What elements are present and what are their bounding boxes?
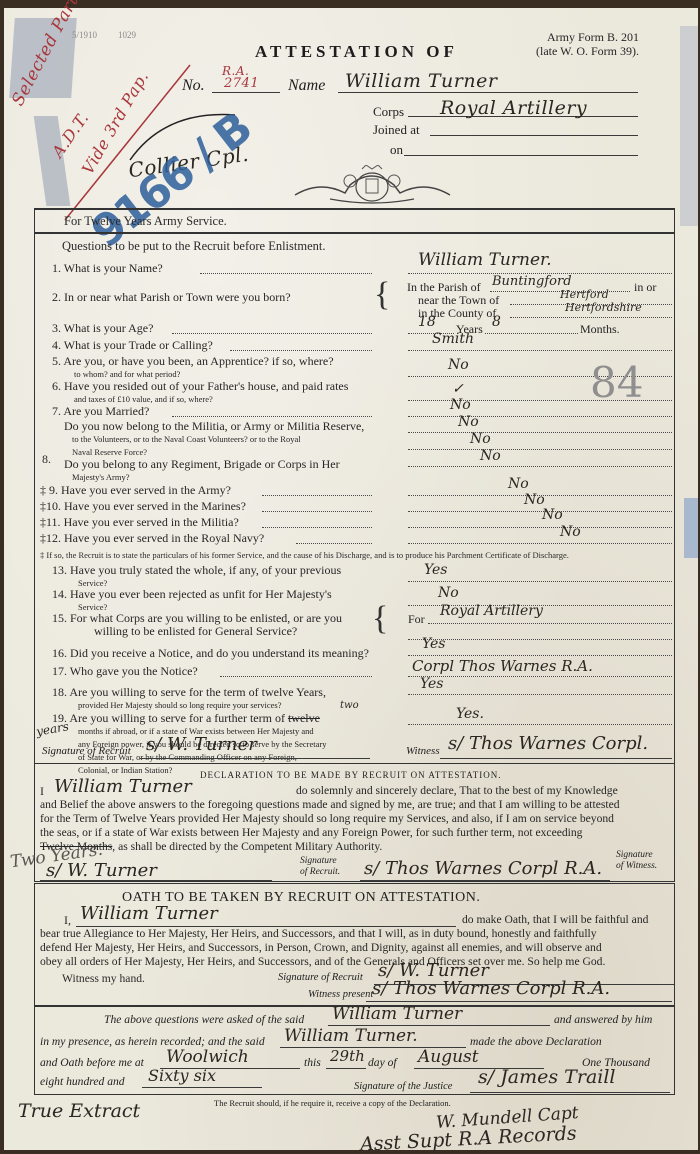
oath-text-4: obey all orders of Her Majesty, Her Heir… — [40, 955, 672, 969]
justice-place: Woolwich — [166, 1047, 249, 1067]
witness-my-hand: Witness my hand. — [62, 972, 145, 985]
question-8-num: 8. — [42, 452, 51, 467]
justice-text: and Oath before me at — [40, 1056, 144, 1069]
answer-4: Smith — [432, 331, 474, 347]
leader-dots — [220, 676, 372, 677]
label: Signature — [300, 856, 340, 867]
name-line — [338, 92, 638, 93]
signature-line — [470, 1092, 670, 1093]
name-value: William Turner — [345, 70, 497, 92]
town-value: Hertford — [560, 288, 609, 301]
question-13: 13. Have you truly stated the whole, if … — [52, 564, 382, 590]
leader-dots — [172, 333, 372, 334]
justice-text: this — [304, 1056, 321, 1069]
answer-6: ✓ — [452, 381, 464, 397]
joined-label: Joined at — [373, 122, 420, 138]
justice-text: day of — [368, 1056, 397, 1069]
witness-signature: s/ Thos Warnes Corpl. — [448, 733, 648, 754]
label: Signature — [616, 850, 657, 861]
leader-dots — [230, 350, 372, 351]
form-number: Army Form B. 201 (late W. O. Form 39). — [536, 30, 639, 58]
months-label: Months. — [580, 322, 620, 337]
answer-line — [408, 416, 672, 417]
blank-line — [326, 1068, 366, 1069]
answer-line — [408, 511, 672, 512]
signature-line — [360, 880, 610, 881]
oath-text-3: defend Her Majesty, Her Heirs, and Succe… — [40, 941, 672, 955]
recruit-sig-label: Signatureof Recruit. — [300, 856, 340, 878]
question-6: 6. Have you resided out of your Father's… — [52, 380, 382, 406]
signature-line — [366, 1001, 672, 1002]
stamp-line: 5/1910 — [72, 30, 97, 40]
text: , as shall be directed by the Competent … — [112, 840, 382, 853]
answer-14: No — [438, 585, 459, 601]
dagger-footnote: ‡ If so, the Recruit is to state the par… — [40, 550, 569, 560]
royal-crest-icon — [290, 165, 455, 205]
answer-11: No — [542, 507, 563, 523]
justice-name-2: William Turner. — [284, 1026, 418, 1046]
oath-text-1: do make Oath, that I will be faithful an… — [462, 913, 672, 927]
answer-8b: No — [470, 431, 491, 447]
answer-line — [408, 655, 672, 656]
blank-line — [142, 1087, 262, 1088]
corps-value: Royal Artillery — [440, 97, 587, 119]
archive-stamp: 5/1910 — [72, 30, 97, 40]
joined-line — [430, 135, 638, 136]
no-line — [212, 92, 280, 93]
divider — [34, 232, 675, 234]
form-number-line: (late W. O. Form 39). — [536, 44, 639, 58]
answer-15: Royal Artillery — [440, 603, 543, 619]
brace: { — [372, 602, 388, 636]
declaration-witness-signature: s/ Thos Warnes Corpl R.A. — [364, 858, 602, 879]
leader-dots — [262, 511, 372, 512]
answer-line — [408, 527, 672, 528]
on-line — [404, 155, 638, 156]
recruit-signature: s/ W. Turner — [146, 734, 257, 755]
answer-line — [408, 350, 672, 351]
oath-name: William Turner — [80, 903, 218, 924]
declaration-text-5: Twelve Months, as shall be directed by t… — [40, 840, 672, 854]
label: of Recruit. — [300, 867, 340, 878]
paper-edge — [684, 498, 698, 558]
justice-text: eight hundred and — [40, 1075, 125, 1088]
oath-recruit-label: Signature of Recruit — [278, 972, 363, 983]
justice-text: The above questions were asked of the sa… — [104, 1013, 304, 1026]
answer-18: Yes — [420, 676, 444, 692]
justice-day: 29th — [330, 1047, 365, 1065]
document-title: ATTESTATION OF — [255, 42, 458, 62]
question-5: 5. Are you, or have you been, an Apprent… — [52, 355, 382, 381]
leader-dots — [200, 273, 372, 274]
answer-line — [408, 543, 672, 544]
form-number-line: Army Form B. 201 — [536, 30, 639, 44]
justice-text: and answered by him — [554, 1013, 652, 1026]
justice-name-1: William Turner — [332, 1004, 462, 1024]
leader-dots — [262, 527, 372, 528]
answer-7: No — [450, 397, 471, 413]
justice-text: made the above Declaration — [470, 1035, 602, 1048]
declaration-i: I — [40, 784, 44, 799]
witness-sig-label: Signatureof Witness. — [616, 850, 657, 872]
justice-signature: s/ James Traill — [478, 1066, 616, 1088]
justice-year: Sixty six — [148, 1066, 216, 1085]
answer-8c: No — [480, 448, 501, 464]
paper-edge — [680, 26, 698, 226]
declaration-text-2: and Belief the above answers to the fore… — [40, 798, 672, 812]
answer-line — [408, 694, 672, 695]
signature-line — [440, 758, 672, 759]
leader-dots — [296, 543, 372, 544]
oath-i: I, — [64, 913, 71, 928]
answer-line — [408, 432, 672, 433]
label: of Witness. — [616, 861, 657, 872]
answer-line — [408, 724, 672, 725]
true-extract-note: True Extract — [18, 1100, 140, 1122]
age-years: 18 — [418, 314, 436, 330]
name-label: Name — [288, 77, 325, 95]
divider — [34, 208, 675, 210]
answer-9: No — [508, 476, 529, 492]
answer-19: Yes. — [456, 706, 484, 722]
question-8a: Do you now belong to the Militia, or Arm… — [64, 420, 394, 459]
inserted-word: two — [340, 700, 359, 711]
on-label: on — [390, 142, 403, 158]
answer-17: Corpl Thos Warnes R.A. — [412, 657, 593, 675]
question-14: 14. Have you ever been rejected as unfit… — [52, 588, 382, 614]
question-2: 2. In or near what Parish or Town were y… — [52, 291, 382, 304]
answer-1: William Turner. — [418, 250, 552, 270]
answer-line — [408, 581, 672, 582]
leader-dots — [172, 416, 372, 417]
signature-line — [140, 758, 370, 759]
oath-witness-label: Witness present — [308, 989, 373, 1000]
declaration-text-3: for the Term of Twelve Years provided He… — [40, 812, 672, 826]
answer-line — [408, 676, 672, 677]
answer-line — [408, 639, 672, 640]
witness-label: Witness — [406, 745, 440, 757]
justice-sig-label: Signature of the Justice — [354, 1081, 452, 1092]
justice-month: August — [418, 1047, 479, 1067]
in-or-label: in or — [634, 280, 656, 295]
archive-stamp-2: 1029 — [118, 30, 136, 40]
age-months: 8 — [492, 314, 501, 330]
recruit-signature-label: Signature of Recruit — [42, 745, 131, 757]
answer-8a: No — [458, 414, 479, 430]
parish-value: Buntingford — [492, 274, 572, 289]
oath-text-2: bear true Allegiance to Her Majesty, Her… — [40, 927, 672, 941]
answer-16: Yes — [422, 636, 446, 652]
signature-line — [40, 880, 272, 881]
footer-note: The Recruit should, if he require it, re… — [214, 1098, 451, 1108]
answer-12: No — [560, 524, 581, 540]
answer-line — [428, 623, 672, 624]
question-15: 15. For what Corps are you willing to be… — [52, 612, 382, 638]
declaration-text-4: the seas, or if a state of War exists be… — [40, 826, 672, 840]
answer-line — [510, 317, 672, 318]
answer-13: Yes — [424, 562, 448, 578]
declaration-name: William Turner — [54, 776, 192, 797]
answer-5: No — [448, 357, 469, 373]
answer-line — [408, 466, 672, 467]
pencil-number: 84 — [590, 358, 643, 407]
service-heading: For Twelve Years Army Service. — [64, 214, 227, 229]
no-value: 2741 — [224, 76, 259, 91]
declaration-text-1: do solemnly and sincerely declare, That … — [296, 784, 672, 798]
answer-line — [408, 449, 672, 450]
answer-10: No — [524, 492, 545, 508]
corps-label: Corps — [373, 104, 404, 120]
for-label: For — [408, 612, 425, 627]
question-8b: Do you belong to any Regiment, Brigade o… — [64, 458, 394, 484]
declaration-recruit-signature: s/ W. Turner — [46, 860, 157, 881]
brace: { — [374, 278, 390, 312]
leader-dots — [262, 495, 372, 496]
no-label: No. — [182, 77, 205, 95]
county-value: Hertfordshire — [565, 301, 642, 314]
question-16: 16. Did you receive a Notice, and do you… — [52, 647, 392, 660]
stamp-line: 1029 — [118, 30, 136, 40]
oath-witness-signature: s/ Thos Warnes Corpl R.A. — [372, 978, 610, 999]
declaration-title: DECLARATION TO BE MADE BY RECRUIT ON ATT… — [200, 770, 501, 780]
questions-heading: Questions to be put to the Recruit befor… — [62, 239, 326, 254]
question-18: 18. Are you willing to serve for the ter… — [52, 686, 382, 712]
